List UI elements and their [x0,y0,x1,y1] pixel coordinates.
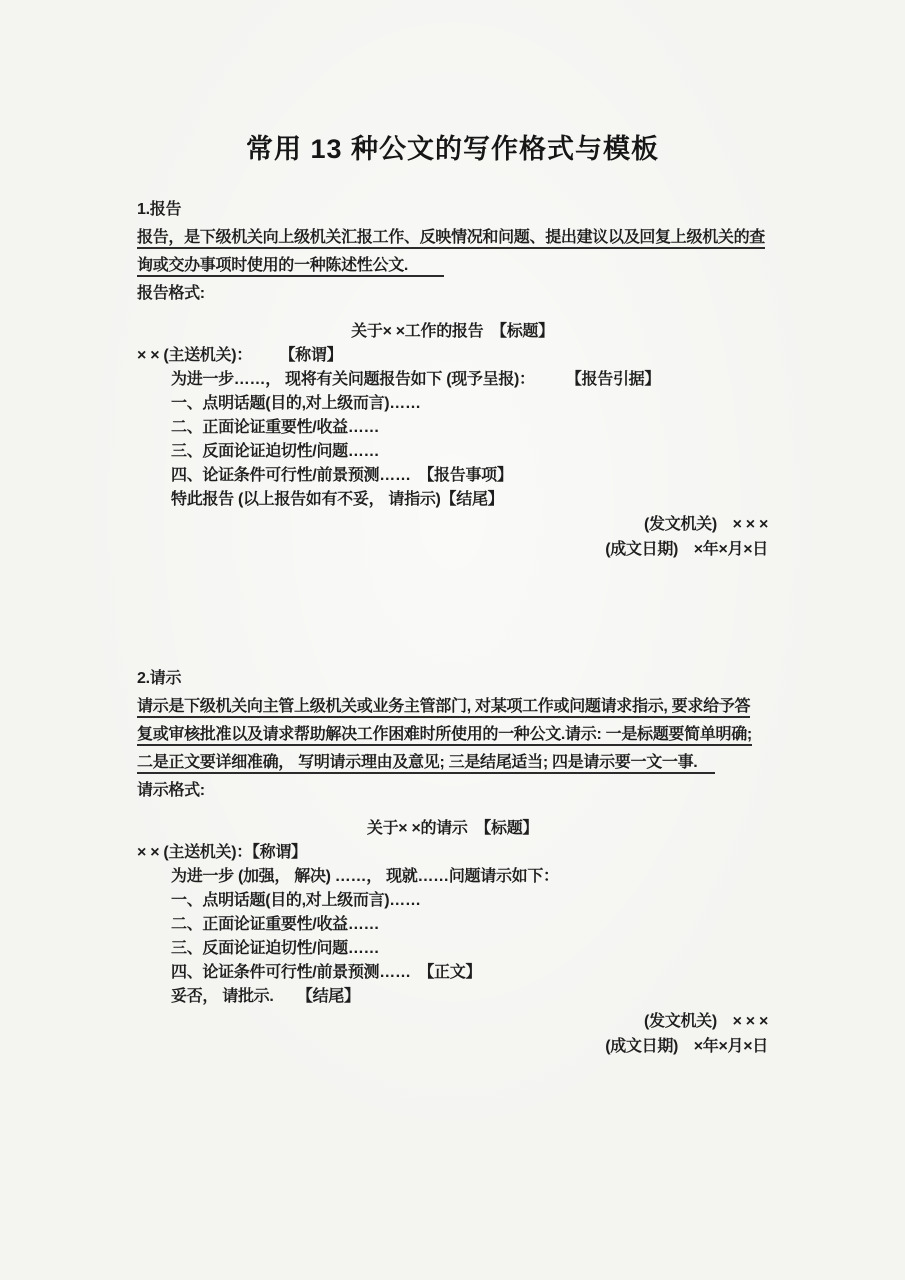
section-heading: 1.报告 [137,196,768,224]
template-title-line: 关于× ×工作的报告 【标题】 [137,320,768,344]
template-line: 为进一步……， 现将有关问题报告如下 (现予呈报)： 【报告引据】 [137,368,768,392]
template-line: × × (主送机关)：【称谓】 [137,841,768,865]
template-line: 一、点明话题(目的,对上级而言)…… [137,392,768,416]
underlined-text: 二是正文要详细准确， 写明请示理由及意见; 三是结尾适当; 四是请示要一文一事. [137,754,715,774]
date-line: (成文日期) ×年×月×日 [137,537,768,562]
template-line: 二、正面论证重要性/收益…… [137,416,768,440]
underlined-text: 请示是下级机关向主管上级机关或业务主管部门, 对某项工作或问题请求指示, 要求给… [137,698,750,718]
section-description-line: 请示是下级机关向主管上级机关或业务主管部门, 对某项工作或问题请求指示, 要求给… [137,693,768,721]
format-label: 请示格式: [137,777,768,805]
template-line: 三、反面论证迫切性/问题…… [137,937,768,961]
underlined-text: 询或交办事项时使用的一种陈述性公文. [137,257,444,277]
underlined-text: 报告，是下级机关向上级机关汇报工作、反映情况和问题、提出建议以及回复上级机关的查 [137,229,765,249]
signoff-block: (发文机关) × × × (成文日期) ×年×月×日 [137,512,768,562]
document-page: 常用 13 种公文的写作格式与模板 1.报告 报告，是下级机关向上级机关汇报工作… [0,0,905,1280]
template-block: 关于× ×工作的报告 【标题】 × × (主送机关)： 【称谓】 为进一步……，… [137,320,768,512]
section-description-line: 二是正文要详细准确， 写明请示理由及意见; 三是结尾适当; 四是请示要一文一事. [137,749,768,777]
signoff-block: (发文机关) × × × (成文日期) ×年×月×日 [137,1009,768,1059]
date-line: (成文日期) ×年×月×日 [137,1034,768,1059]
template-line: 一、点明话题(目的,对上级而言)…… [137,889,768,913]
section-description-line: 复或审核批准以及请求帮助解决工作困难时所使用的一种公文.请示: 一是标题要简单明… [137,721,768,749]
template-block: 关于× ×的请示 【标题】 × × (主送机关)：【称谓】 为进一步 (加强， … [137,817,768,1009]
template-line: 二、正面论证重要性/收益…… [137,913,768,937]
issuing-agency-line: (发文机关) × × × [137,1009,768,1034]
template-line: 特此报告 (以上报告如有不妥， 请指示)【结尾】 [137,488,768,512]
document-title: 常用 13 种公文的写作格式与模板 [137,0,768,168]
template-line: 三、反面论证迫切性/问题…… [137,440,768,464]
template-line: 四、论证条件可行性/前景预测…… 【报告事项】 [137,464,768,488]
section-heading: 2.请示 [137,665,768,693]
template-line: 为进一步 (加强， 解决) ……， 现就……问题请示如下： [137,865,768,889]
issuing-agency-line: (发文机关) × × × [137,512,768,537]
underlined-text: 复或审核批准以及请求帮助解决工作困难时所使用的一种公文.请示: 一是标题要简单明… [137,726,752,746]
section-description-line: 询或交办事项时使用的一种陈述性公文. [137,252,768,280]
section-description-line: 报告，是下级机关向上级机关汇报工作、反映情况和问题、提出建议以及回复上级机关的查 [137,224,768,252]
template-line: × × (主送机关)： 【称谓】 [137,344,768,368]
section-report: 1.报告 报告，是下级机关向上级机关汇报工作、反映情况和问题、提出建议以及回复上… [137,196,768,562]
template-title-line: 关于× ×的请示 【标题】 [137,817,768,841]
format-label: 报告格式: [137,280,768,308]
template-line: 四、论证条件可行性/前景预测…… 【正文】 [137,961,768,985]
document-body: 常用 13 种公文的写作格式与模板 1.报告 报告，是下级机关向上级机关汇报工作… [0,0,905,1280]
section-request: 2.请示 请示是下级机关向主管上级机关或业务主管部门, 对某项工作或问题请求指示… [137,665,768,1059]
template-line: 妥否， 请批示. 【结尾】 [137,985,768,1009]
